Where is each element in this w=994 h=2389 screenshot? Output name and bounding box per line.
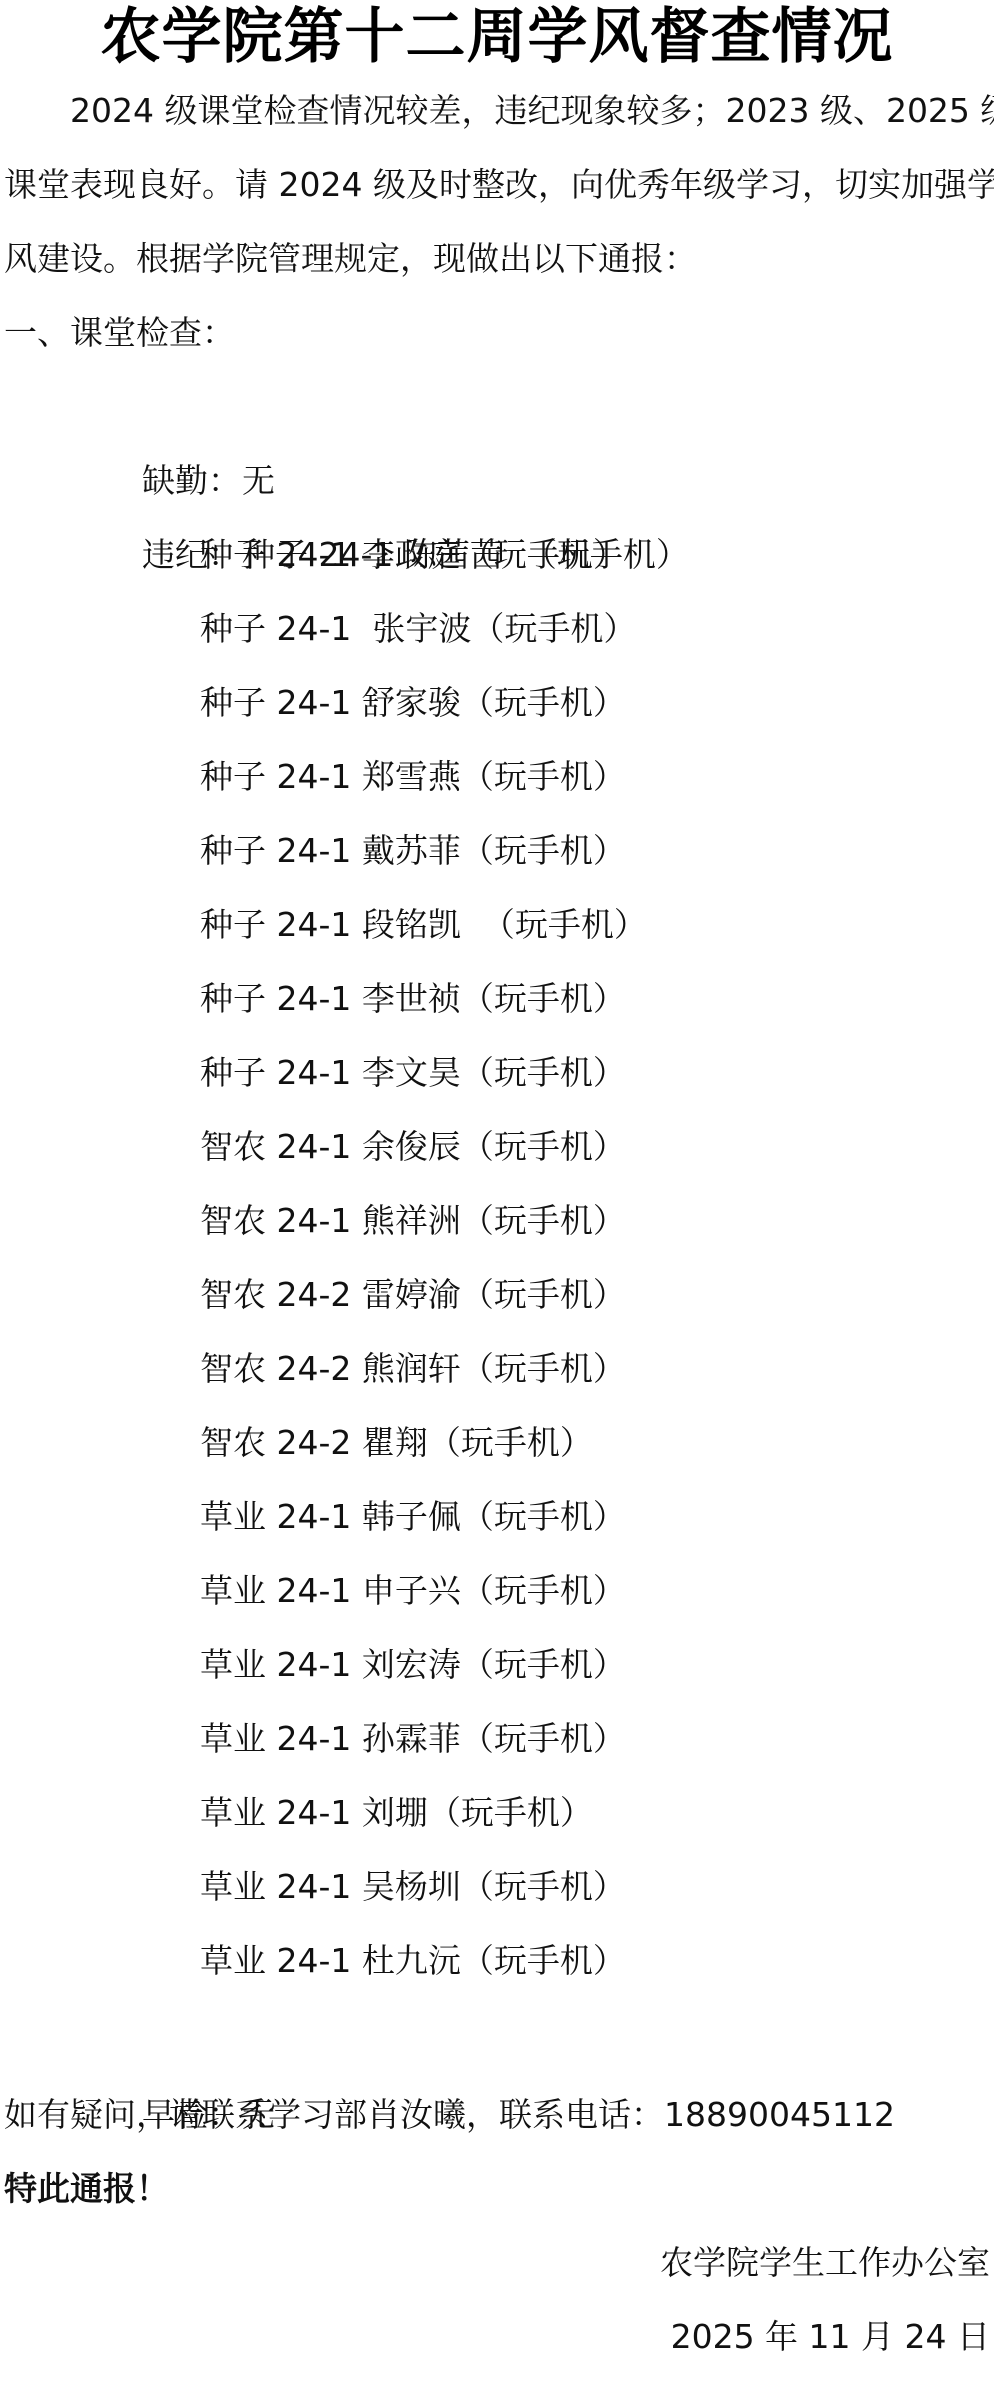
violation-entry: 草业 24-1 刘宏涛（玩手机） xyxy=(200,1628,994,1702)
violation-entry: 草业 24-1 吴杨圳（玩手机） xyxy=(200,1850,994,1924)
violation-entry: 种子 24-1 李文昊（玩手机） xyxy=(200,1036,994,1110)
violation-entry: 智农 24-2 雷婷渝（玩手机） xyxy=(200,1258,994,1332)
violation-entry: 草业 24-1 申子兴（玩手机） xyxy=(200,1554,994,1628)
violation-entry: 智农 24-2 熊润轩（玩手机） xyxy=(200,1332,994,1406)
violation-entry: 种子 24-1 舒家骏（玩手机） xyxy=(200,666,994,740)
absence-row: 缺勤：无 xyxy=(100,370,994,444)
violation-entry: 种子 24-1 戴苏菲（玩手机） xyxy=(200,814,994,888)
closing-line: 特此通报！ xyxy=(4,2152,994,2226)
section-heading: 一、课堂检查： xyxy=(4,296,994,370)
date: 2025 年 11 月 24 日 xyxy=(671,2300,990,2374)
violation-entry: 草业 24-1 杜九沅（玩手机） xyxy=(200,1924,994,1998)
morning-check-row: 早检：无 xyxy=(100,2004,994,2078)
violation-entry: 智农 24-1 熊祥洲（玩手机） xyxy=(200,1184,994,1258)
intro-line-3: 风建设。根据学院管理规定，现做出以下通报： xyxy=(4,222,994,296)
contact-line: 如有疑问，请联系学习部肖汝曦，联系电话：18890045112 xyxy=(4,2078,994,2152)
violation-entry: 草业 24-1 孙霖菲（玩手机） xyxy=(200,1702,994,1776)
violation-entry: 种子 24-1 李世祯（玩手机） xyxy=(200,962,994,1036)
violation-entry: 种子 24-1 段铭凯 （玩手机） xyxy=(200,888,994,962)
violation-entry: 种子 24-1 张宇波（玩手机） xyxy=(200,592,994,666)
violation-row: 违纪：种子 24-1 陈茜茜 （玩手机） xyxy=(100,444,994,518)
document-title: 农学院第十二周学风督查情况 xyxy=(0,0,994,74)
violation-entry: 草业 24-1 刘堋（玩手机） xyxy=(200,1776,994,1850)
violation-entry: 智农 24-1 余俊辰（玩手机） xyxy=(200,1110,994,1184)
intro-line-2: 课堂表现良好。请 2024 级及时整改，向优秀年级学习，切实加强学 xyxy=(4,148,990,222)
signature: 农学院学生工作办公室 xyxy=(660,2226,990,2300)
intro-line-1: 2024 级课堂检查情况较差，违纪现象较多；2023 级、2025 级 xyxy=(70,74,990,148)
violation-entry: 种子 24-1 郑雪燕（玩手机） xyxy=(200,740,994,814)
violation-entry: 智农 24-2 瞿翔（玩手机） xyxy=(200,1406,994,1480)
violation-entry: 种子 24-1 李政庭（玩手机） xyxy=(200,518,994,592)
violation-entry: 草业 24-1 韩子佩（玩手机） xyxy=(200,1480,994,1554)
